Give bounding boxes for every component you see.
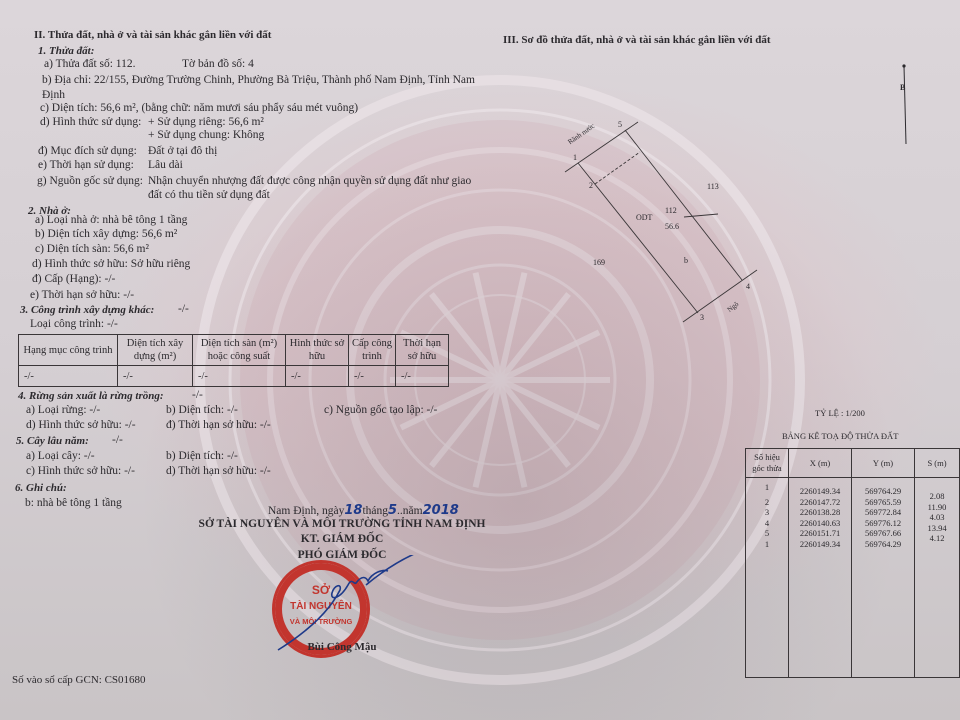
date-year: 2018 <box>423 503 459 518</box>
diagram-parcel-area: 56.6 <box>665 222 679 231</box>
table-cell: 569776.12 <box>852 518 915 529</box>
use-common: + Sử dụng chung: Không <box>148 129 264 141</box>
table-cell: 4.03 <box>915 512 960 523</box>
date-month-prefix: tháng <box>362 505 388 517</box>
date-day: 18 <box>344 503 362 518</box>
table-cell <box>915 544 960 555</box>
table-cell: 2.08 <box>915 483 960 502</box>
vertex-label: 3 <box>700 313 704 322</box>
vertex-label: 5 <box>618 120 622 129</box>
date-year-prefix: ..năm <box>397 505 423 517</box>
coordinates-table: Số hiệu góc thửa X (m) Y (m) S (m) 12260… <box>745 448 960 678</box>
perennial-value: -/- <box>112 434 123 446</box>
forest-ownership: d) Hình thức sở hữu: -/- <box>26 419 136 431</box>
signing-date: Nam Định, ngày18tháng5..năm2018 <box>268 503 459 518</box>
other-works-heading: 3. Công trình xây dựng khác: <box>20 304 154 316</box>
registry-number: Số vào sổ cấp GCN: CS01680 <box>12 674 146 686</box>
table-header-row: Số hiệu góc thửa X (m) Y (m) S (m) <box>746 449 960 478</box>
table-cell: 2260138.28 <box>789 507 852 518</box>
table-filler-row <box>746 549 960 678</box>
table-header: S (m) <box>915 449 960 478</box>
house-floor-area: c) Diện tích sàn: 56,6 m² <box>35 243 149 255</box>
forest-term: đ) Thời hạn sở hữu: -/- <box>166 419 271 431</box>
table-cell: 11.90 <box>915 502 960 513</box>
origin-label: g) Nguồn gốc sử dụng: <box>37 175 143 187</box>
house-marker: b <box>684 256 688 265</box>
table-header-row: Hạng mục công trình Diện tích xây dựng (… <box>19 335 449 366</box>
perennial-area: b) Diện tích: -/- <box>166 450 238 462</box>
date-place: Nam Định, ngày <box>268 505 344 517</box>
map-sheet-number: Tờ bản đồ số: 4 <box>182 58 254 70</box>
table-cell: -/- <box>286 366 349 387</box>
table-cell: 13.94 <box>915 523 960 534</box>
table-cell: 569767.66 <box>852 528 915 539</box>
table-cell: 2260149.34 <box>789 539 852 550</box>
use-private: + Sử dụng riêng: 56,6 m² <box>148 116 264 128</box>
parcel-address: b) Địa chỉ: 22/155, Đường Trường Chinh, … <box>42 74 475 86</box>
table-header: Cấp công trình <box>349 335 396 366</box>
perennial-heading: 5. Cây lâu năm: <box>16 435 89 447</box>
table-cell: 3 <box>746 507 789 518</box>
table-cell: 569772.84 <box>852 507 915 518</box>
table-cell: 4.12 <box>915 533 960 544</box>
house-term: e) Thời hạn sở hữu: -/- <box>30 289 134 301</box>
table-cell: 2260140.63 <box>789 518 852 529</box>
origin-value: Nhận chuyển nhượng đất được công nhận qu… <box>148 175 471 187</box>
table-cell: 4 <box>746 518 789 529</box>
section-title-diagram: III. Sơ đồ thửa đất, nhà ở và tài sản kh… <box>503 34 771 46</box>
vertex-label: 1 <box>573 153 577 162</box>
other-works-type: Loại công trình: -/- <box>30 318 118 330</box>
issuing-agency: SỞ TÀI NGUYÊN VÀ MÔI TRƯỜNG TỈNH NAM ĐỊN… <box>192 518 492 530</box>
table-cell: 569764.29 <box>852 539 915 550</box>
table-header: Diện tích xây dựng (m²) <box>118 335 193 366</box>
table-cell: 5 <box>746 528 789 539</box>
use-form-label: d) Hình thức sử dụng: <box>40 116 141 128</box>
other-works-table: Hạng mục công trình Diện tích xây dựng (… <box>18 334 449 387</box>
table-cell: 569765.59 <box>852 497 915 508</box>
table-cell: 2260151.71 <box>789 528 852 539</box>
perennial-term: d) Thời hạn sở hữu: -/- <box>166 465 271 477</box>
term-label: e) Thời hạn sử dụng: <box>38 159 134 171</box>
notes-heading: 6. Ghi chú: <box>15 482 67 494</box>
table-header: Hình thức sở hữu <box>286 335 349 366</box>
purpose-value: Đất ở tại đô thị <box>148 145 217 157</box>
perennial-type: a) Loại cây: -/- <box>26 450 95 462</box>
parcel-heading: 1. Thửa đất: <box>38 45 94 57</box>
table-cell: -/- <box>193 366 286 387</box>
neighbor-parcel-right: 113 <box>707 182 719 191</box>
table-cell: 1 <box>746 539 789 550</box>
other-works-value: -/- <box>178 303 189 315</box>
perennial-ownership: c) Hình thức sở hữu: -/- <box>26 465 135 477</box>
table-row: -/- -/- -/- -/- -/- -/- <box>19 366 449 387</box>
term-value: Lâu dài <box>148 159 183 171</box>
land-use-code: ODT <box>636 213 652 222</box>
notes-text: b: nhà bê tông 1 tầng <box>25 497 122 509</box>
vertex-label: 2 <box>589 181 593 190</box>
forest-heading: 4. Rừng sản xuất là rừng trồng: <box>18 390 164 402</box>
signer-role: KT. GIÁM ĐỐC <box>192 533 492 545</box>
table-header: Diện tích sàn (m²) hoặc công suất <box>193 335 286 366</box>
forest-area: b) Diện tích: -/- <box>166 404 238 416</box>
table-cell: -/- <box>396 366 449 387</box>
forest-type: a) Loại rừng: -/- <box>26 404 100 416</box>
table-header: Số hiệu góc thửa <box>746 449 789 478</box>
section-title-land: II. Thửa đất, nhà ở và tài sản khác gắn … <box>34 29 271 41</box>
parcel-address-cont: Định <box>42 89 65 101</box>
handwritten-signature <box>270 555 430 655</box>
table-cell: 1 <box>746 478 789 497</box>
house-grade: đ) Cấp (Hạng): -/- <box>32 273 115 285</box>
table-header: Y (m) <box>852 449 915 478</box>
forest-value: -/- <box>192 389 203 401</box>
neighbor-parcel-left: 169 <box>593 258 605 267</box>
table-cell: -/- <box>19 366 118 387</box>
coords-table-title: BẢNG KÊ TOẠ ĐỘ THỬA ĐẤT <box>782 431 898 441</box>
table-cell: 2260147.72 <box>789 497 852 508</box>
date-month: 5 <box>388 503 397 518</box>
table-cell: -/- <box>118 366 193 387</box>
table-row: 12260149.34569764.292.08 <box>746 478 960 497</box>
table-cell: -/- <box>349 366 396 387</box>
table-header: X (m) <box>789 449 852 478</box>
house-build-area: b) Diện tích xây dựng: 56,6 m² <box>35 228 177 240</box>
table-cell: 2 <box>746 497 789 508</box>
vertex-label: 4 <box>746 282 750 291</box>
table-cell: 569764.29 <box>852 478 915 497</box>
scale-label: TỶ LỆ : 1/200 <box>815 408 865 418</box>
origin-value-cont: đất có thu tiền sử dụng đất <box>148 189 270 201</box>
table-header: Thời hạn sở hữu <box>396 335 449 366</box>
diagram-parcel-number: 112 <box>665 206 677 215</box>
forest-origin: c) Nguồn gốc tạo lập: -/- <box>324 404 437 416</box>
house-type: a) Loại nhà ở: nhà bê tông 1 tầng <box>35 214 187 226</box>
parcel-area: c) Diện tích: 56,6 m², (bằng chữ: năm mư… <box>40 102 358 114</box>
table-cell: 2260149.34 <box>789 478 852 497</box>
signer-name: Bùi Công Mậu <box>192 641 492 653</box>
house-ownership: d) Hình thức sở hữu: Sở hữu riêng <box>32 258 190 270</box>
parcel-number: a) Thửa đất số: 112. <box>44 58 136 70</box>
purpose-label: đ) Mục đích sử dụng: <box>38 145 137 157</box>
table-header: Hạng mục công trình <box>19 335 118 366</box>
north-label: B <box>900 83 905 92</box>
north-arrow <box>895 60 919 150</box>
